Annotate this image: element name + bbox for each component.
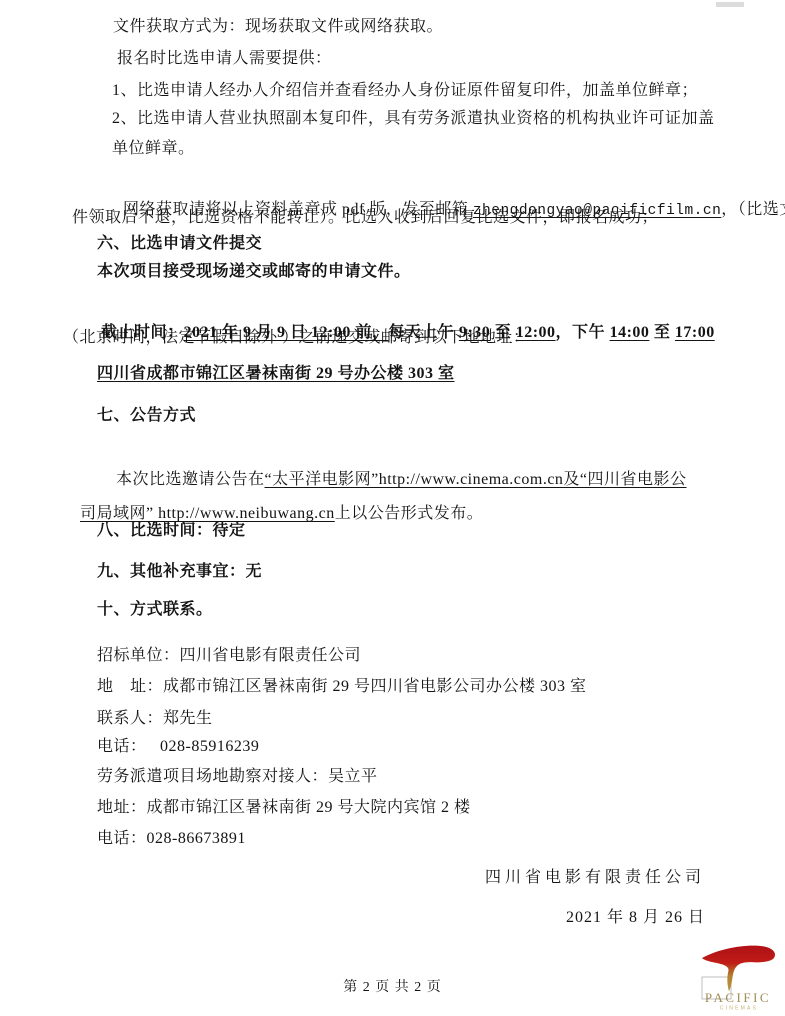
scan-artifact — [716, 2, 744, 7]
page-number: 第 2 页 共 2 页 — [0, 977, 785, 999]
swoosh-icon — [702, 946, 775, 992]
pacific-cinemas-logo-svg: PACIFIC CINEMAS — [695, 938, 781, 1012]
section-9-heading: 九、其他补充事宜：无 — [97, 561, 262, 583]
section-7-heading: 七、公告方式 — [97, 405, 196, 427]
announcement-post: 上以公告形式发布。 — [335, 505, 484, 522]
survey-contact-line: 劳务派遣项目场地勘察对接人：吴立平 — [97, 766, 378, 788]
section-10-heading: 十、方式联系。 — [97, 599, 213, 621]
contact-phone-line: 电话： 028-85916239 — [97, 736, 259, 758]
survey-address-line: 地址：成都市锦江区暑袜南街 29 号大院内宾馆 2 楼 — [97, 797, 471, 819]
section-8-heading: 八、比选时间：待定 — [97, 520, 246, 542]
deadline-t4: 至 — [649, 324, 675, 341]
requirement-item-2-line1: 2、比选申请人营业执照副本复印件，具有劳务派遣执业资格的机构执业许可证加盖 — [112, 108, 715, 130]
logo-brand-text: PACIFIC — [705, 990, 771, 1005]
section-6-statement: 本次项目接受现场递交或邮寄的申请文件。 — [97, 261, 411, 283]
contact-person-line: 联系人：郑先生 — [97, 708, 213, 730]
tenderer-line: 招标单位：四川省电影有限责任公司 — [97, 645, 361, 667]
deadline-pm-end: 17:00 — [675, 324, 715, 341]
signature-company: 四川省电影有限责任公司 — [485, 867, 705, 889]
file-acquisition-line: 文件获取方式为：现场获取文件或网络获取。 — [113, 16, 443, 38]
submission-address: 四川省成都市锦江区暑袜南街 29 号办公楼 303 室 — [97, 363, 455, 385]
deadline-pm-start: 14:00 — [610, 324, 650, 341]
logo-sub-text: CINEMAS — [720, 1006, 758, 1012]
requirement-item-1: 1、比选申请人经办人介绍信并查看经办人身份证原件留复印件，加盖单位鲜章； — [112, 80, 698, 102]
network-acquisition-text-post: ，（比选文 — [721, 201, 785, 218]
pacific-cinemas-logo: PACIFIC CINEMAS — [695, 938, 781, 1012]
deadline-t3: ，下午 — [556, 324, 610, 341]
signature-date: 2021 年 8 月 26 日 — [566, 907, 705, 929]
document-page: 文件获取方式为：现场获取文件或网络获取。 报名时比选申请人需要提供： 1、比选申… — [0, 0, 785, 1016]
survey-phone-line: 电话：028-86673891 — [97, 828, 246, 850]
registration-requirements-line: 报名时比选申请人需要提供： — [117, 48, 332, 70]
tenderer-address-line: 地 址：成都市锦江区暑袜南街 29 号四川省电影公司办公楼 303 室 — [97, 676, 587, 698]
section-6-heading: 六、比选申请文件提交 — [97, 233, 262, 255]
network-acquisition-line2: 件领取后不退，比选资格不能转让）。比选人收到后回复比选文件，即报名成功； — [72, 207, 658, 229]
deadline-line2: （北京时间，法定节假日除外 ）之前递交或邮寄到以下地地址： — [63, 327, 530, 349]
requirement-item-2-line2: 单位鲜章。 — [112, 138, 195, 160]
